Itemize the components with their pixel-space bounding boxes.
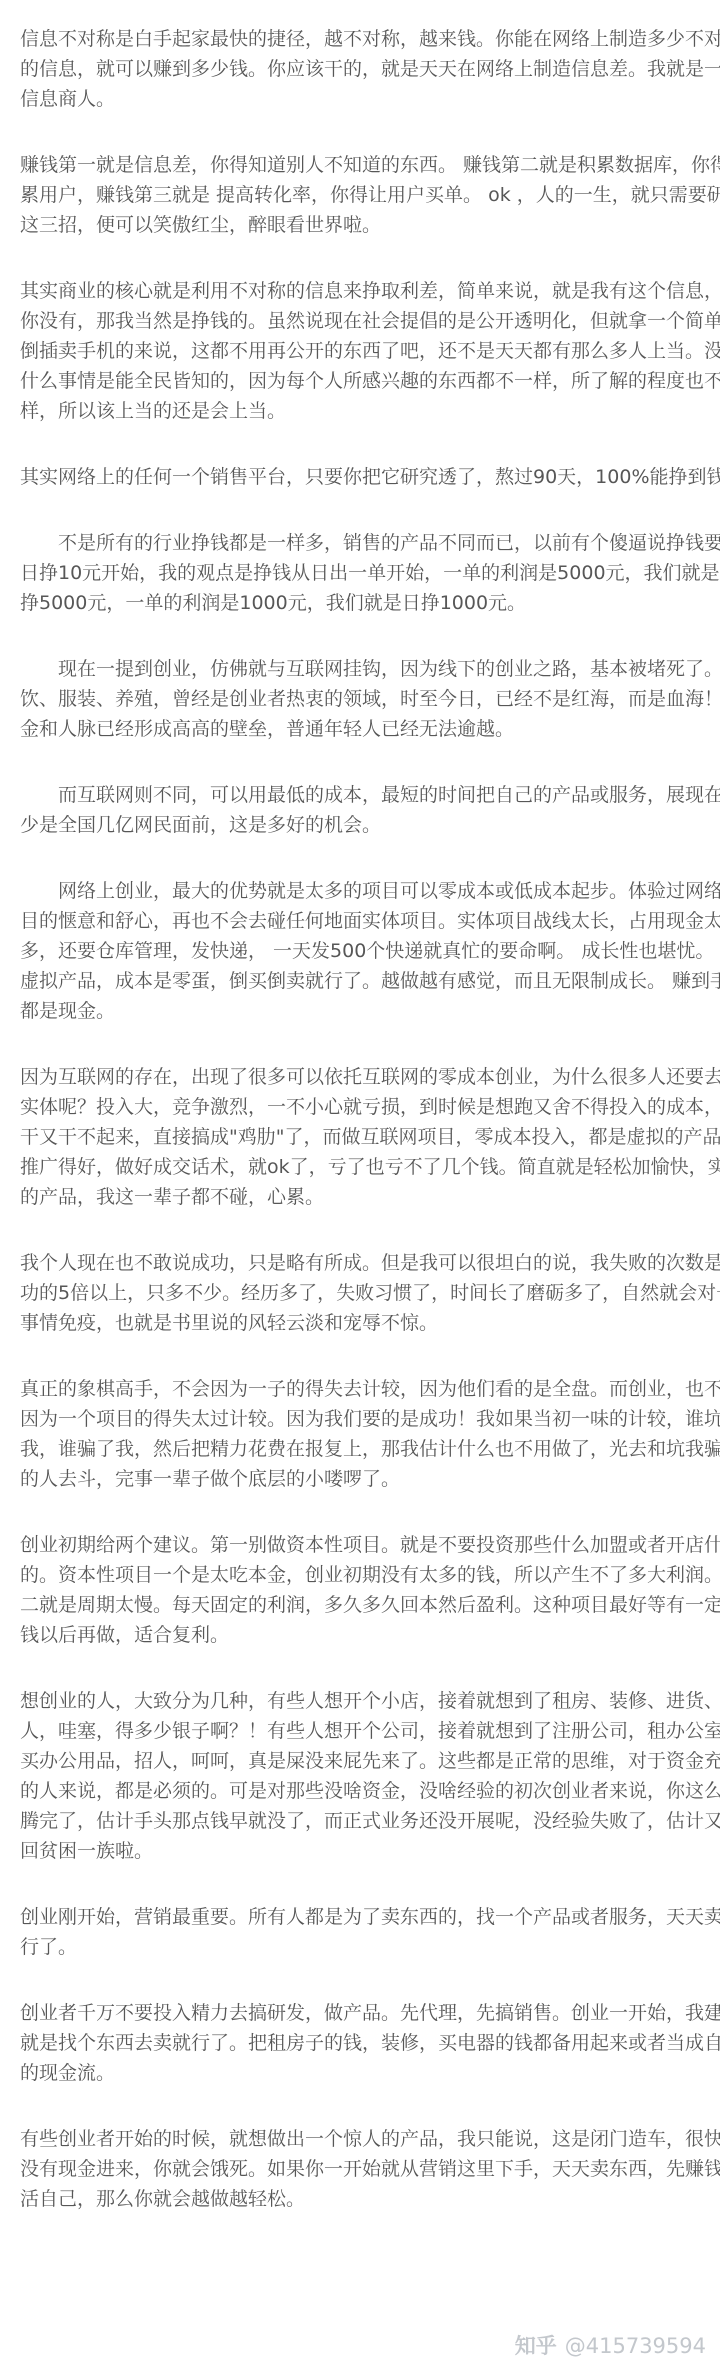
paragraph: 创业初期给两个建议。第一别做资本性项目。就是不要投资那些什么加盟或者开店什么的。… [20,1530,720,1650]
zhihu-watermark: 知乎@415739594 [515,2330,706,2360]
paragraph: 其实商业的核心就是利用不对称的信息来挣取利差，简单来说，就是我有这个信息，而你没… [20,276,720,426]
paragraph: 而互联网则不同，可以用最低的成本，最短的时间把自己的产品或服务，展现在至少是全国… [20,780,720,840]
paragraph: 创业刚开始，营销最重要。所有人都是为了卖东西的，找一个产品或者服务，天天卖就行了… [20,1902,720,1962]
watermark-user-id: @415739594 [565,2334,706,2358]
paragraph: 赚钱第一就是信息差，你得知道别人不知道的东西。 赚钱第二就是积累数据库，你得积累… [20,150,720,240]
paragraph: 我个人现在也不敢说成功，只是略有所成。但是我可以很坦白的说，我失败的次数是成功的… [20,1248,720,1338]
paragraph: 有些创业者开始的时候，就想做出一个惊人的产品，我只能说，这是闭门造车，很快你没有… [20,2124,720,2214]
paragraph: 想创业的人，大致分为几种，有些人想开个小店，接着就想到了租房、装修、进货、招人，… [20,1686,720,1866]
paragraph: 其实网络上的任何一个销售平台，只要你把它研究透了，熬过90天，100%能挣到钱。 [20,462,720,492]
zhihu-logo-text: 知乎 [515,2334,557,2358]
paragraph: 创业者千万不要投入精力去搞研发，做产品。先代理，先搞销售。创业一开始，我建议就是… [20,1998,720,2088]
paragraph: 真正的象棋高手，不会因为一子的得失去计较，因为他们看的是全盘。而创业，也不要因为… [20,1374,720,1494]
article-body: 信息不对称是白手起家最快的捷径，越不对称，越来钱。你能在网络上制造多少不对称的信… [20,24,720,2250]
paragraph: 不是所有的行业挣钱都是一样多，销售的产品不同而已，以前有个傻逼说挣钱要从日挣10… [20,528,720,618]
paragraph: 因为互联网的存在，出现了很多可以依托互联网的零成本创业，为什么很多人还要去干实体… [20,1062,720,1212]
paragraph: 信息不对称是白手起家最快的捷径，越不对称，越来钱。你能在网络上制造多少不对称的信… [20,24,720,114]
paragraph: 网络上创业，最大的优势就是太多的项目可以零成本或低成本起步。体验过网络项目的惬意… [20,876,720,1026]
paragraph: 现在一提到创业，仿佛就与互联网挂钩，因为线下的创业之路，基本被堵死了。餐饮、服装… [20,654,720,744]
